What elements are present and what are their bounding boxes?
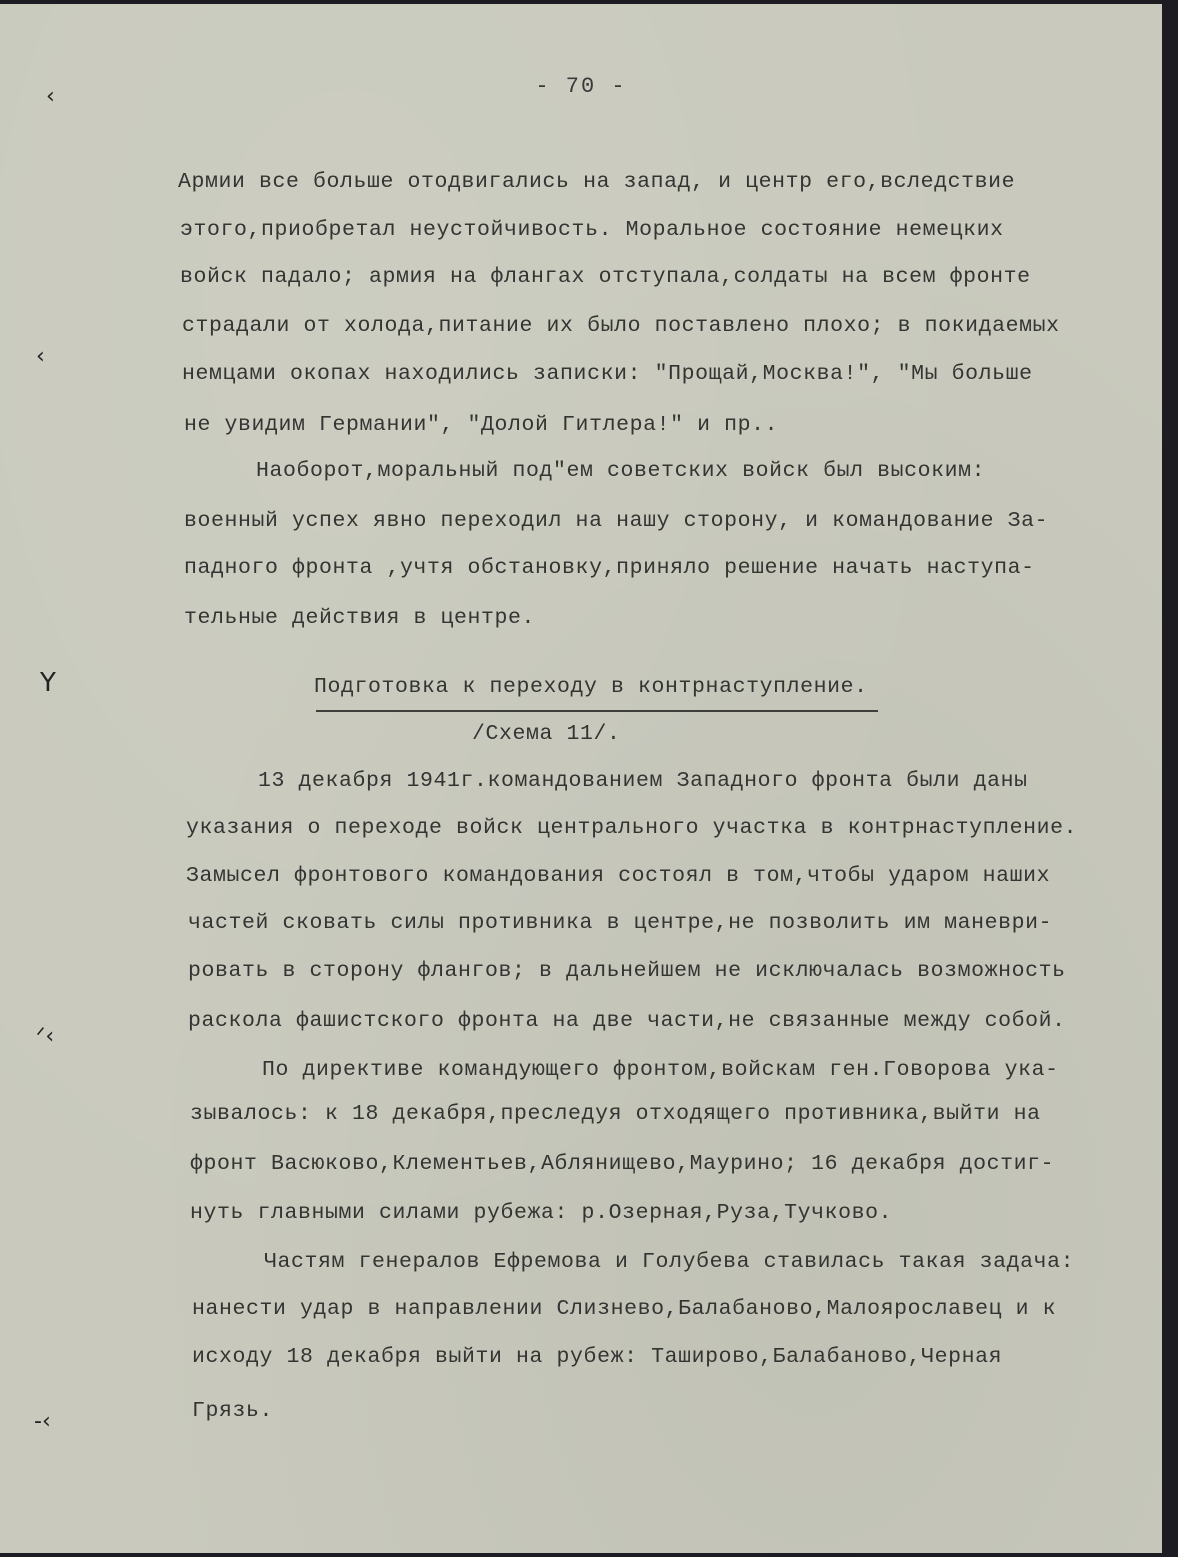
body-line: зывалось: к 18 декабря,преследуя отходящ…	[190, 1102, 1041, 1126]
body-line: страдали от холода,питание их было поста…	[182, 314, 1060, 338]
heading-underline	[316, 710, 878, 712]
binding-hole-mark: -‹	[34, 1409, 51, 1434]
binding-hole-mark: ‹	[46, 84, 55, 109]
scheme-reference: /Схема 11/.	[472, 722, 621, 746]
binding-hole-mark: ᐟ‹	[36, 1024, 54, 1049]
body-line: Армии все больше отодвигались на запад, …	[178, 170, 1015, 194]
body-line: тельные действия в центре.	[184, 606, 535, 630]
page-number: - 70 -	[0, 74, 1162, 99]
paragraph-start-line: По директиве командующего фронтом,войска…	[262, 1058, 1059, 1082]
body-line: нуть главными силами рубежа: р.Озерная,Р…	[190, 1201, 892, 1225]
binding-hole-mark: ‹	[36, 344, 45, 369]
body-line: нанести удар в направлении Слизнево,Бала…	[192, 1297, 1056, 1321]
body-line: этого,приобретал неустойчивость. Моральн…	[180, 218, 1004, 242]
body-line: указания о переходе войск центрального у…	[186, 816, 1077, 840]
body-line: Грязь.	[192, 1399, 273, 1423]
body-line: Замысел фронтового командования состоял …	[186, 864, 1050, 888]
paragraph-start-line: Частям генералов Ефремова и Голубева ста…	[264, 1250, 1074, 1274]
body-line: немцами окопах находились записки: "Прощ…	[182, 362, 1033, 386]
section-heading: Подготовка к переходу в контрнаступление…	[314, 675, 868, 699]
body-line: падного фронта ,учтя обстановку,приняло …	[184, 556, 1035, 580]
body-line: частей сковать силы противника в центре,…	[188, 911, 1052, 935]
body-line: военный успех явно переходил на нашу сто…	[184, 509, 1048, 533]
body-line: не увидим Германии", "Долой Гитлера!" и …	[184, 413, 778, 437]
paragraph-start-line: Наоборот,моральный под"ем советских войс…	[256, 459, 985, 483]
document-page: - 70 - ‹ ‹ Y ᐟ‹ -‹ Армии все больше отод…	[0, 4, 1162, 1553]
paragraph-start-line: 13 декабря 1941г.командованием Западного…	[258, 769, 1028, 793]
body-line: фронт Васюково,Клементьев,Аблянищево,Мау…	[190, 1152, 1054, 1176]
body-line: раскола фашистского фронта на две части,…	[188, 1009, 1066, 1033]
body-line: войск падало; армия на флангах отступала…	[180, 265, 1031, 289]
body-line: исходу 18 декабря выйти на рубеж: Таширо…	[192, 1345, 1002, 1369]
body-line: ровать в сторону флангов; в дальнейшем н…	[188, 959, 1066, 983]
binding-hole-mark: Y	[40, 668, 56, 698]
section-heading-block: Подготовка к переходу в контрнаступление…	[314, 675, 868, 699]
